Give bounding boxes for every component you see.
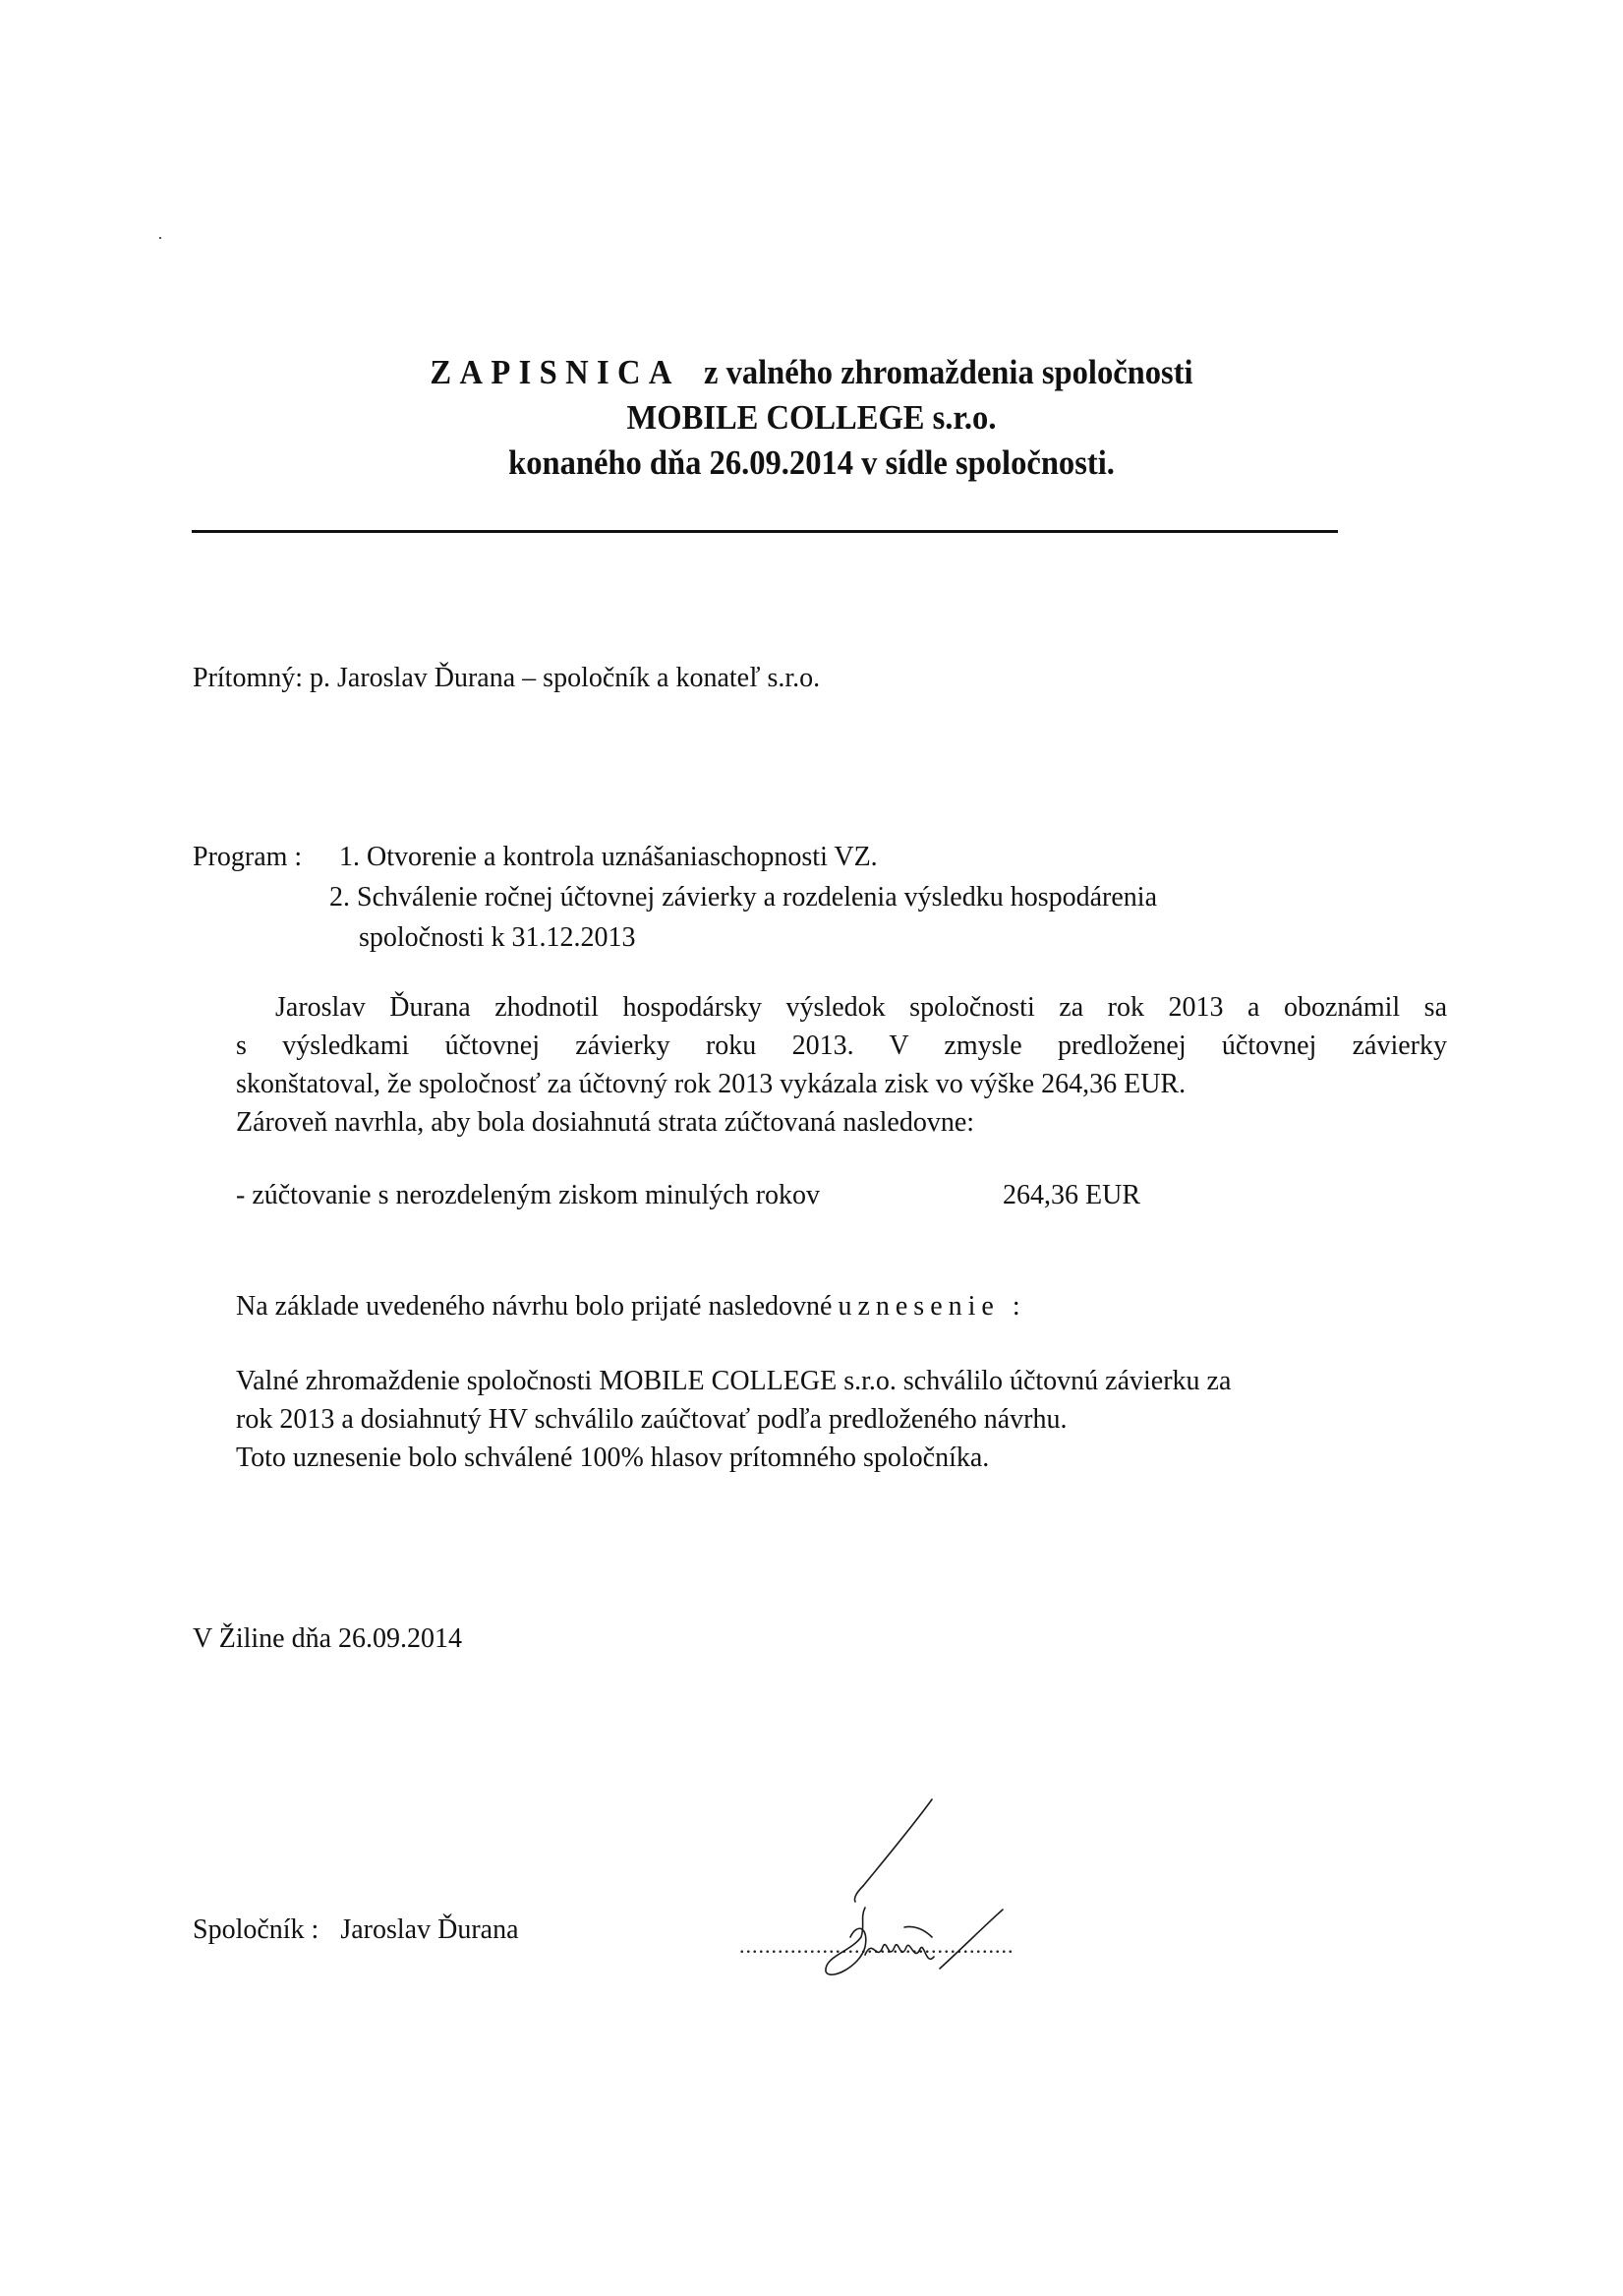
evaluation-line-2: s výsledkami účtovnej závierky roku 2013… bbox=[236, 1027, 1447, 1065]
signatory-block: Spoločník :Jaroslav Ďurana bbox=[193, 1911, 519, 1950]
resolution-line-3: Toto uznesenie bolo schválené 100% hlaso… bbox=[236, 1439, 1231, 1477]
title-company: MOBILE COLLEGE s.r.o. bbox=[57, 395, 1566, 441]
handwritten-signature-icon bbox=[767, 1790, 1062, 1986]
evaluation-paragraph: Jaroslav Ďurana zhodnotil hospodársky vý… bbox=[236, 988, 1447, 1142]
program-item-1: 1. Otvorenie a kontrola uznášaniaschopno… bbox=[339, 838, 878, 877]
title-line-1: ZAPISNICAz valného zhromaždenia spoločno… bbox=[57, 350, 1566, 395]
document-title: ZAPISNICAz valného zhromaždenia spoločno… bbox=[57, 350, 1566, 486]
title-held: konaného dňa 26.09.2014 v sídle spoločno… bbox=[57, 441, 1566, 486]
evaluation-line-4: Zároveň navrhla, aby bola dosiahnutá str… bbox=[236, 1103, 1447, 1142]
resolution-line-2: rok 2013 a dosiahnutý HV schválilo zaúčt… bbox=[236, 1400, 1231, 1439]
program-label: Program : bbox=[193, 838, 302, 877]
program-item-2-continued: spoločnosti k 31.12.2013 bbox=[359, 918, 636, 958]
basis-keyword: uznesenie : bbox=[838, 1291, 1025, 1322]
present-line: Prítomný: p. Jaroslav Ďurana – spoločník… bbox=[193, 659, 820, 698]
resolution-text: Valné zhromaždenie spoločnosti MOBILE CO… bbox=[236, 1362, 1231, 1477]
resolution-basis: Na základe uvedeného návrhu bolo prijaté… bbox=[236, 1287, 1026, 1326]
signatory-name: Jaroslav Ďurana bbox=[340, 1914, 518, 1945]
signatory-role: Spoločník : bbox=[193, 1914, 319, 1945]
title-divider bbox=[192, 530, 1338, 533]
program-item-2: 2. Schválenie ročnej účtovnej závierky a… bbox=[329, 878, 1157, 917]
evaluation-line-3: skonštatoval, že spoločnosť za účtovný r… bbox=[236, 1065, 1447, 1103]
basis-text: Na základe uvedeného návrhu bolo prijaté… bbox=[236, 1291, 832, 1322]
place-and-date: V Žiline dňa 26.09.2014 bbox=[193, 1619, 462, 1659]
scan-speck bbox=[159, 237, 161, 239]
evaluation-line-1: Jaroslav Ďurana zhodnotil hospodársky vý… bbox=[236, 988, 1447, 1027]
allocation-label: - zúčtovanie s nerozdeleným ziskom minul… bbox=[236, 1176, 820, 1215]
allocation-amount: 264,36 EUR bbox=[1003, 1176, 1140, 1215]
title-zapisnica: ZAPISNICA bbox=[430, 353, 679, 391]
title-subtitle: z valného zhromaždenia spoločnosti bbox=[704, 353, 1193, 391]
resolution-line-1: Valné zhromaždenie spoločnosti MOBILE CO… bbox=[236, 1362, 1231, 1400]
